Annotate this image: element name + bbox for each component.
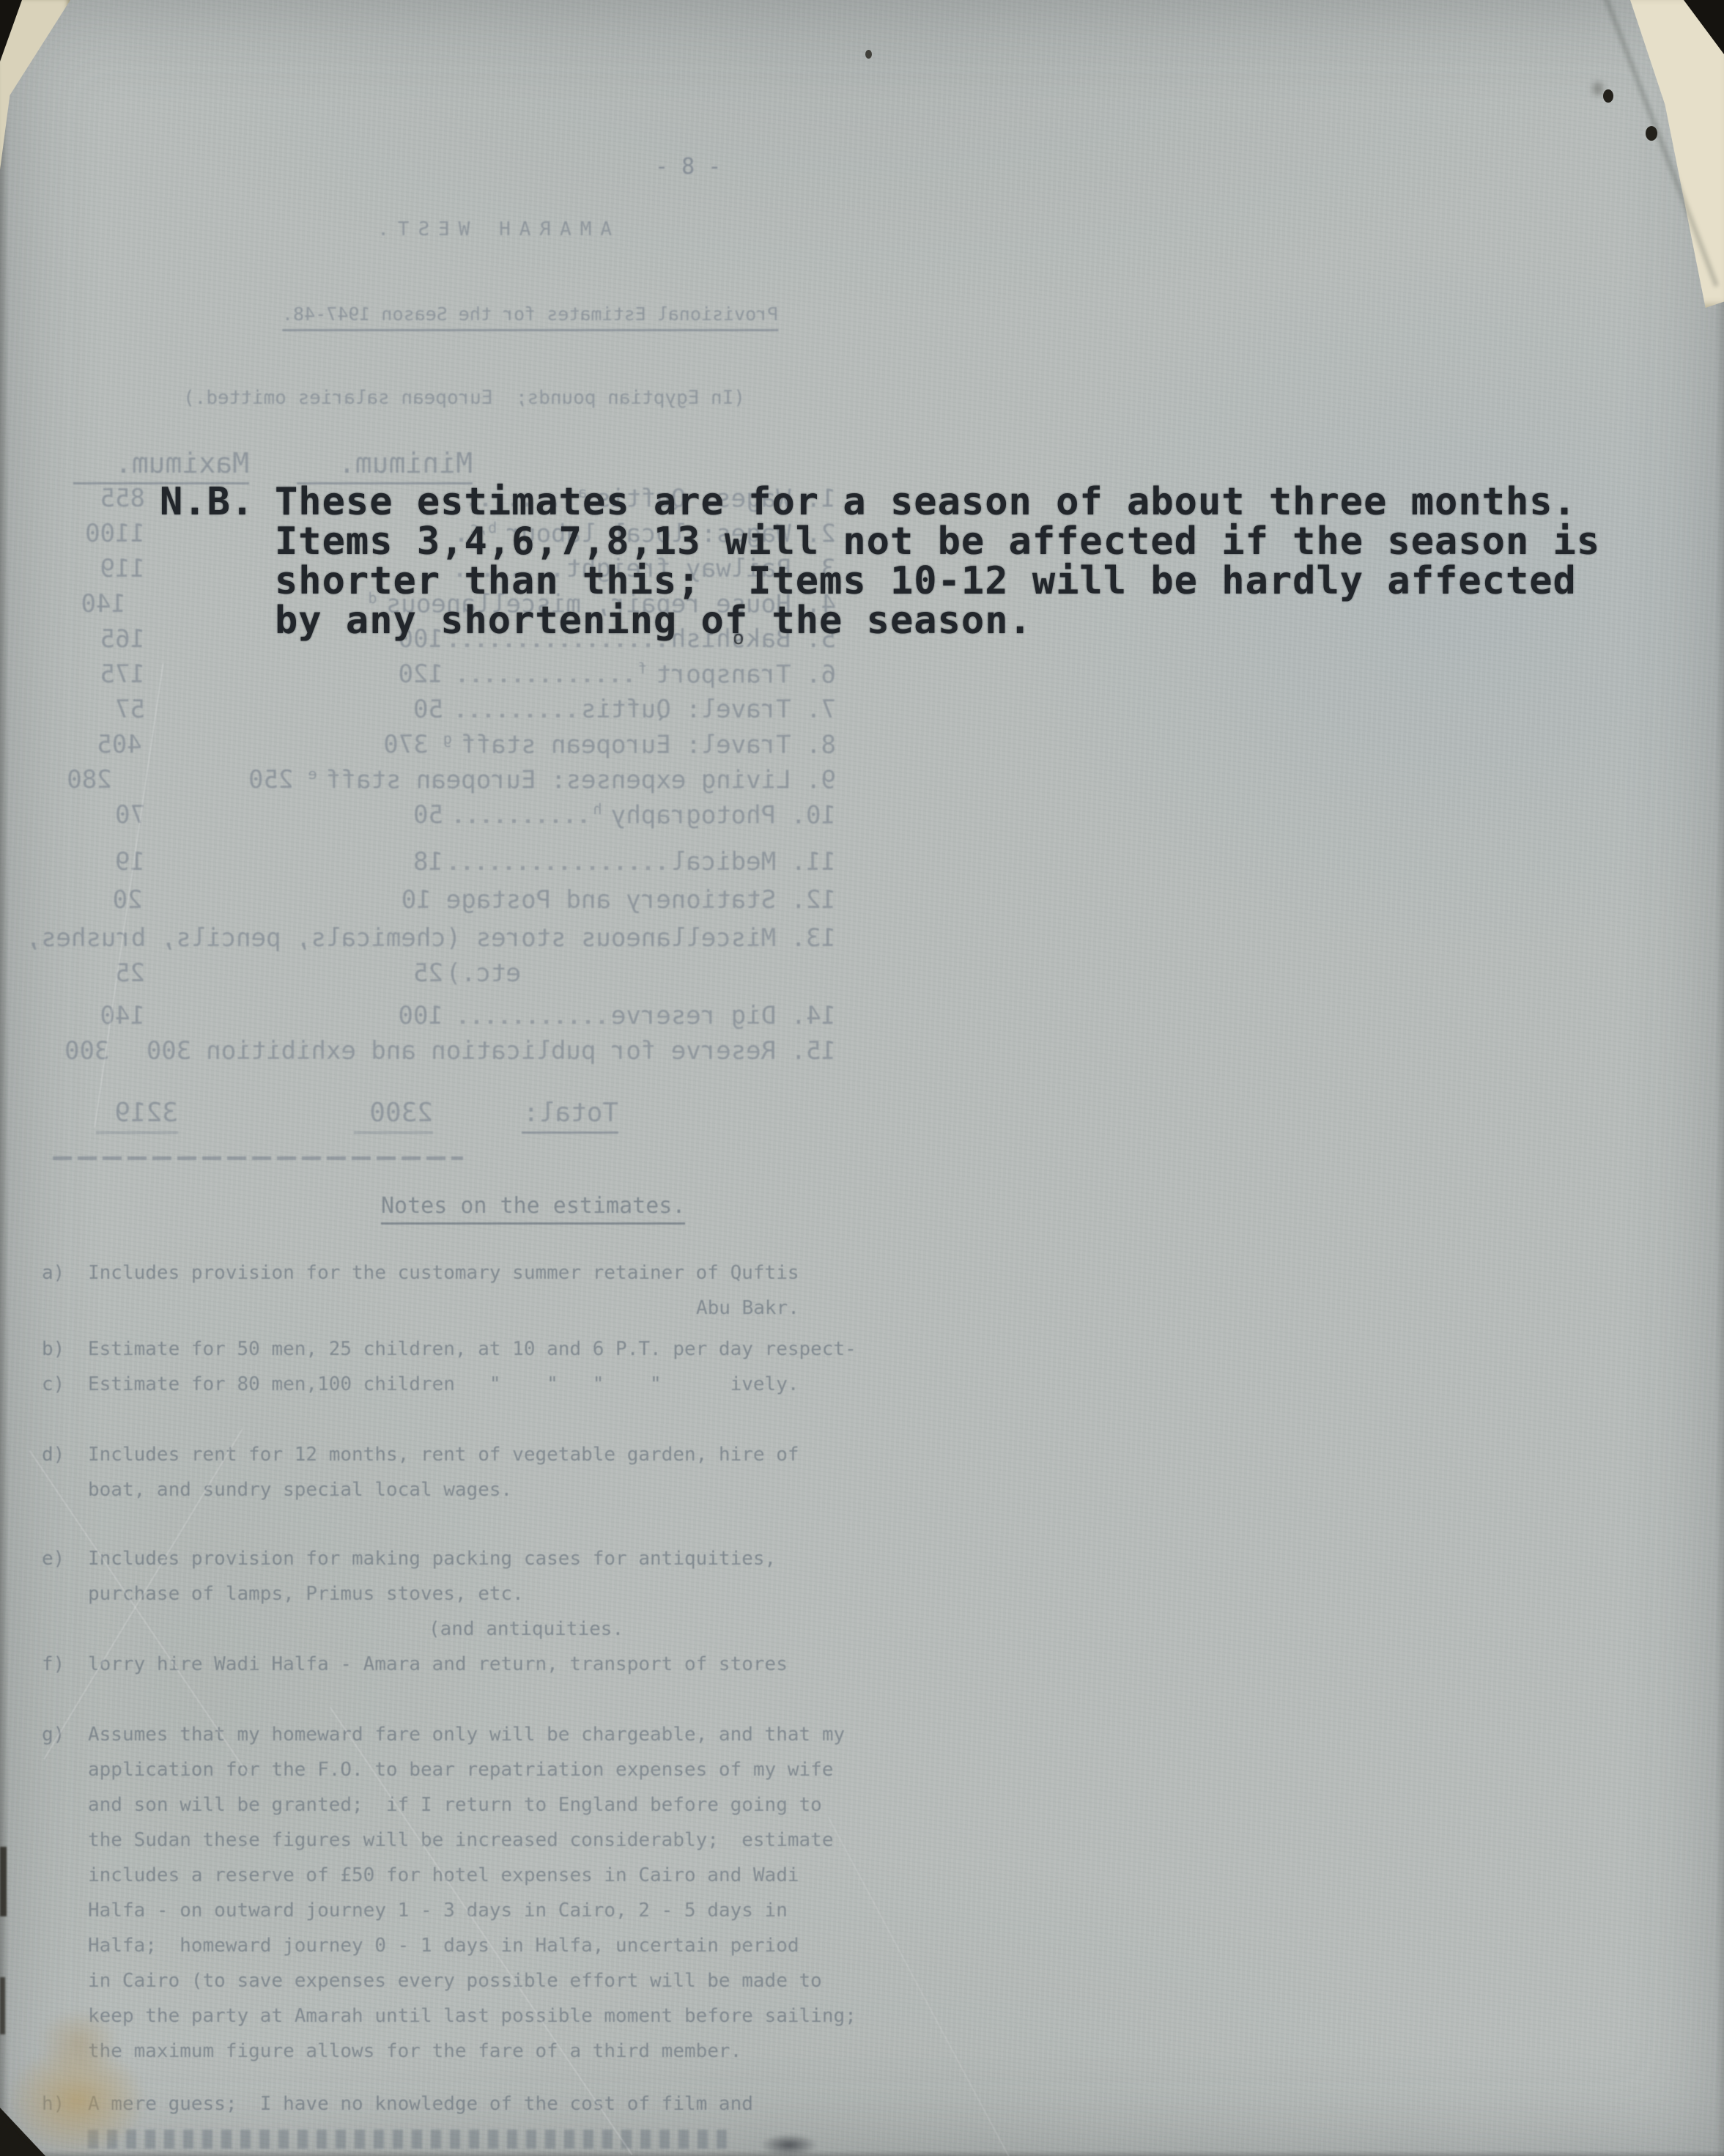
nb-line: shorter than this; Items 10-12 will be h…: [275, 559, 1577, 603]
note-line: A mere guess; I have no knowledge of the…: [88, 2093, 753, 2115]
note-line: the Sudan these figures will be increase…: [88, 1829, 833, 1851]
ghost-row-maximum: 140: [64, 1001, 145, 1030]
notes-heading-underlined: Notes on the estimates.: [381, 1193, 685, 1225]
ghost-row-maximum: 57: [64, 695, 145, 724]
ghost-table-row: 9. Living expenses: European staff e2502…: [64, 765, 903, 794]
note-line: (and antiquities.: [429, 1618, 624, 1640]
note-label: b): [42, 1338, 64, 1360]
dotted-leader: [451, 679, 631, 682]
nb-line: These estimates are for a season of abou…: [275, 480, 1577, 524]
torn-left-edge-sliver: [0, 1977, 5, 2034]
note-label: e): [42, 1548, 64, 1570]
ghost-row-label: 6. Transport f: [638, 660, 836, 689]
ghost-table-row: 7. Travel: Quftis5057: [64, 695, 903, 724]
nb-line: Items 3,4,6,7,8,13 will not be affected …: [275, 520, 1600, 564]
spacer: [249, 447, 297, 484]
ghost-row-maximum: 70: [64, 800, 145, 830]
note-line: purchase of lamps, Primus stoves, etc.: [88, 1583, 524, 1605]
note-label: c): [42, 1373, 64, 1395]
ghost-column-headers: Minimum. Maximum.: [64, 447, 903, 484]
ghost-row-maximum: 855: [64, 484, 145, 513]
note-line: the maximum figure allows for the fare o…: [88, 2040, 741, 2062]
note-line: Includes provision for the customary sum…: [88, 1262, 799, 1284]
ghost-total-maximum: 3219: [96, 1098, 178, 1134]
stain-bottom-left: [7, 2045, 147, 2156]
note-label: a): [42, 1262, 64, 1284]
note-line: Includes rent for 12 months, rent of veg…: [88, 1444, 799, 1466]
ghost-title: AMARAH WEST.: [370, 218, 612, 240]
dotted-leader: [451, 1020, 604, 1024]
ghost-row-maximum: 175: [64, 660, 145, 689]
ghost-row-minimum: 25: [377, 959, 443, 988]
ghost-row-label: 15. Reserve for publication and exhibiti…: [206, 1036, 836, 1066]
left-edge-shadow: [0, 0, 9, 2156]
ghost-total-row: Total: 2300 3219: [64, 1098, 903, 1134]
nb-caret-mark: o: [733, 627, 745, 649]
ghost-total-minimum: 2300: [354, 1098, 433, 1134]
note-line: Halfa - on outward journey 1 - 3 days in…: [88, 1900, 788, 1921]
right-edge-shadow: [1715, 0, 1724, 2156]
ghost-parenthetical: (In Egyptian pounds; European salaries o…: [183, 387, 745, 409]
note-line: Abu Bakr.: [696, 1297, 799, 1319]
note-line: and son will be granted; if I return to …: [88, 1794, 822, 1816]
ghost-table-row: 11. Medical1819: [64, 847, 903, 876]
torn-left-edge-sliver: [0, 1847, 7, 1916]
spacer: [473, 447, 903, 484]
ghost-row-minimum: 120: [377, 660, 443, 689]
ghost-row-minimum: 300: [147, 1036, 191, 1066]
ghost-row-minimum: 10: [368, 885, 432, 915]
ghost-row-label: 7. Travel: Quftis: [581, 695, 836, 724]
ghost-table-row: 13. Miscellaneous stores (chemicals, pen…: [64, 923, 903, 953]
ghost-row-minimum: 50: [377, 695, 443, 724]
note-line: Includes provision for making packing ca…: [88, 1548, 776, 1570]
ghost-row-label: 13. Miscellaneous stores (chemicals, pen…: [26, 923, 836, 953]
ghost-row-minimum: 18: [377, 847, 443, 876]
dotted-leader: [451, 819, 585, 823]
ghost-table-row: 14. Dig reserve100140: [64, 1001, 903, 1030]
ghost-row-label: 8. Travel: European staff g: [443, 730, 836, 759]
spacer: [64, 447, 73, 484]
ghost-row-minimum: 370: [365, 730, 428, 759]
ghost-row-maximum: 280: [64, 765, 112, 794]
ghost-row-maximum: 25: [64, 959, 145, 988]
ghost-row-maximum: 119: [64, 554, 145, 583]
note-line: keep the party at Amarah until last poss…: [88, 2005, 857, 2027]
pinhole-mark: [1603, 89, 1613, 103]
ghost-total-rule: [53, 1156, 463, 1160]
ghost-row-minimum: 100: [377, 1001, 443, 1030]
note-label: d): [42, 1444, 64, 1466]
pinhole-mark: [1646, 126, 1657, 141]
ghost-row-label: 11. Medical: [671, 847, 836, 876]
ghost-table-row: 12. Stationery and Postage1020: [64, 885, 903, 915]
dotted-leader: [451, 643, 664, 647]
note-line: Estimate for 80 men,100 children " " " "…: [88, 1373, 799, 1395]
cut-off-bottom-line: [88, 2130, 733, 2149]
ghost-row-label: 14. Dig reserve: [611, 1001, 836, 1030]
note-line: boat, and sundry special local wages.: [88, 1479, 512, 1501]
note-line: application for the F.O. to bear repatri…: [88, 1759, 833, 1781]
note-line: Assumes that my homeward fare only will …: [88, 1724, 845, 1746]
scanned-document-page: - 8 - AMARAH WEST. Provisional Estimates…: [0, 0, 1724, 2156]
ghost-table-row: etc.)2525: [64, 959, 903, 988]
nb-prefix: N.B.: [160, 480, 254, 524]
ghost-table-row: 15. Reserve for publication and exhibiti…: [64, 1036, 903, 1066]
ghost-row-minimum: 250: [248, 765, 293, 794]
bottom-edge-shadow: [0, 2150, 1724, 2156]
ghost-row-label: 12. Stationery and Postage: [446, 885, 836, 915]
note-line: lorry hire Wadi Halfa - Amara and return…: [88, 1653, 788, 1675]
ghost-table-row: 8. Travel: European staff g370405: [64, 730, 903, 759]
ghost-column-maximum: Maximum.: [73, 447, 249, 484]
crease-line: [828, 1817, 1010, 2156]
ghost-row-label: etc.): [446, 959, 521, 988]
ink-speck: [865, 50, 872, 59]
ghost-row-maximum: 140: [64, 589, 126, 619]
ghost-row-minimum: 50: [377, 800, 443, 830]
ghost-row-maximum: 300: [64, 1036, 109, 1066]
note-line: in Cairo (to save expenses every possibl…: [88, 1970, 822, 1992]
note-label: f): [42, 1653, 64, 1675]
ghost-row-maximum: 1100: [64, 519, 145, 548]
ink-blot-bottom: [761, 2134, 818, 2156]
nb-line: by any shortening of the season.: [275, 599, 1032, 643]
note-line: Halfa; homeward journey 0 - 1 days in Ha…: [88, 1935, 799, 1957]
ghost-row-maximum: 165: [64, 624, 145, 654]
ghost-row-label: 10. Photography h: [593, 800, 836, 830]
ghost-row-maximum: 405: [64, 730, 142, 759]
ghost-column-minimum: Minimum.: [297, 447, 473, 484]
note-line: Estimate for 50 men, 25 children, at 10 …: [88, 1338, 857, 1360]
ghost-row-label: 9. Living expenses: European staff e: [308, 765, 836, 794]
ghost-total-label: Total:: [522, 1098, 618, 1134]
ghost-subtitle-underlined: Provisional Estimates for the Season 194…: [282, 303, 778, 331]
dotted-leader: [451, 866, 664, 870]
dotted-leader: [451, 714, 574, 717]
ghost-page-number: - 8 -: [655, 154, 721, 180]
ghost-table-row: 6. Transport f120175: [64, 660, 903, 689]
ghost-table-row: 10. Photography h5070: [64, 800, 903, 830]
